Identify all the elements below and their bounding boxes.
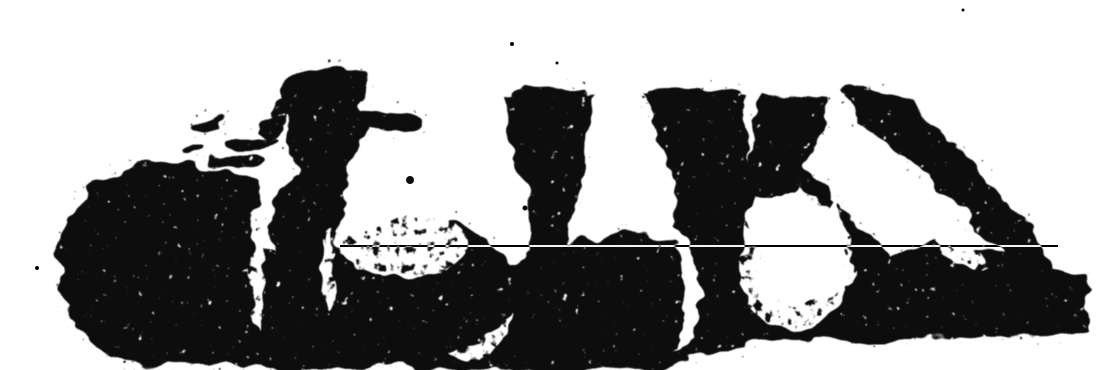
dust-speck bbox=[510, 42, 514, 46]
roll-2-cap-highlight bbox=[336, 209, 468, 277]
dust-speck bbox=[406, 176, 414, 184]
halftone-photo bbox=[0, 0, 1110, 370]
dust-speck bbox=[556, 62, 559, 65]
dust-speck bbox=[35, 266, 39, 270]
scan-artifact-line bbox=[340, 245, 1058, 247]
dust-speck bbox=[523, 206, 528, 211]
roll-4-cap-highlight bbox=[744, 194, 836, 250]
photo-canvas bbox=[0, 0, 1110, 370]
roll-2-left-rim-highlight bbox=[322, 230, 336, 314]
dust-speck bbox=[962, 9, 965, 12]
